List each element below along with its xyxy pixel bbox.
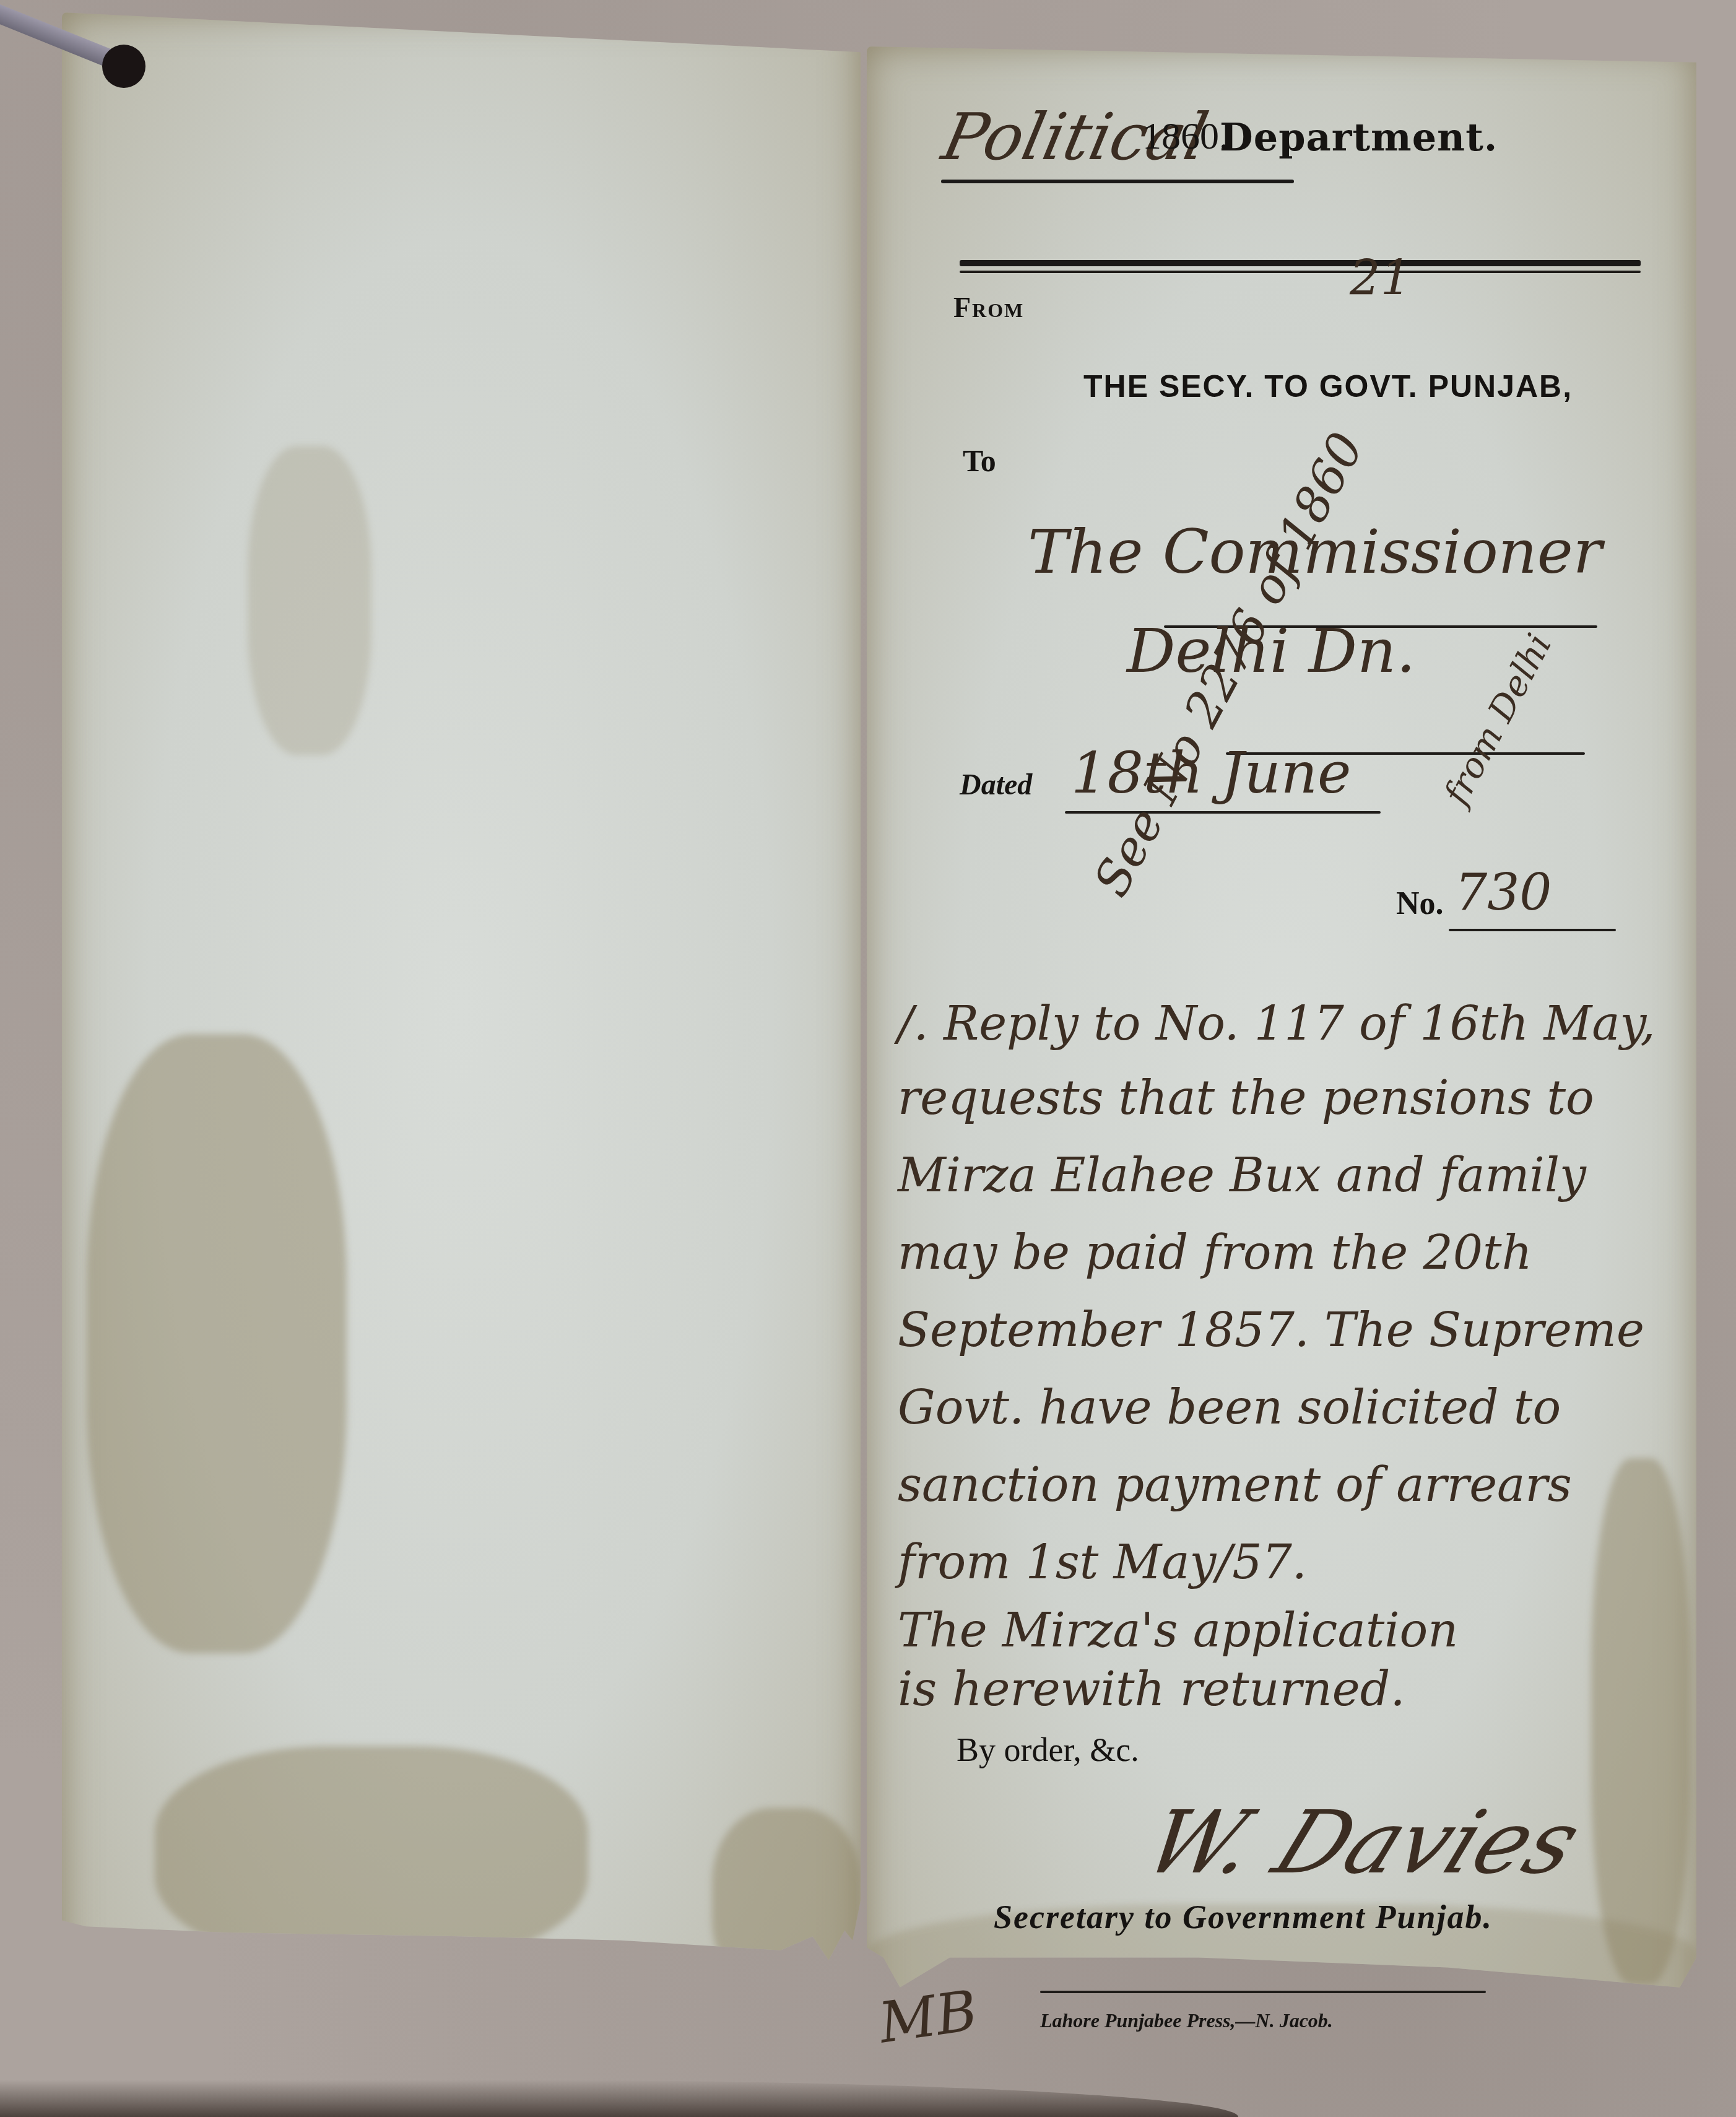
printer-imprint: Lahore Punjabee Press,—N. Jacob.	[1040, 2009, 1333, 2032]
handwritten-initials: MB	[875, 1978, 981, 2056]
water-stain	[87, 1034, 347, 1653]
water-stain	[155, 1746, 588, 1963]
punch-hole	[102, 45, 145, 88]
body-line: /. Reply to No. 117 of 16th May,	[898, 1000, 1656, 1047]
body-line: may be paid from the 20th	[898, 1229, 1532, 1276]
number-underline	[1449, 929, 1616, 931]
from-value: THE SECY. TO GOVT. PUNJAB,	[1083, 368, 1573, 404]
body-line: Mirza Elahee Bux and family	[898, 1152, 1586, 1199]
left-blank-page	[62, 12, 861, 2000]
signatory-title: Secretary to Government Punjab.	[994, 1898, 1493, 1936]
body-line: Govt. have been solicited to	[898, 1384, 1561, 1431]
header-double-rule-top	[960, 260, 1641, 266]
number-label: No.	[1396, 885, 1444, 922]
number-value: 730	[1455, 864, 1552, 923]
from-label: From	[953, 291, 1024, 324]
water-stain	[712, 1808, 861, 1994]
header-double-rule-bottom	[960, 271, 1641, 273]
to-label: To	[963, 443, 996, 479]
signature: W. Davies	[1131, 1793, 1595, 1893]
margin-note-from: from Delhi	[1436, 627, 1560, 811]
dated-underline	[1065, 811, 1381, 814]
water-stain	[248, 446, 371, 755]
body-line: sanction payment of arrears	[898, 1461, 1572, 1508]
header-department-label: Department.	[1220, 115, 1498, 160]
body-line: is herewith returned.	[898, 1666, 1405, 1713]
body-line: The Mirza's application	[898, 1607, 1458, 1654]
file-number: 21	[1350, 251, 1411, 306]
body-line: requests that the pensions to	[898, 1074, 1594, 1121]
department-underline	[941, 180, 1294, 183]
header-year: 1860.	[1142, 115, 1229, 159]
dated-label: Dated	[960, 768, 1032, 802]
body-line: September 1857. The Supreme	[898, 1306, 1644, 1354]
body-line: from 1st May/57.	[898, 1539, 1307, 1586]
closing-phrase: By order, &c.	[957, 1731, 1139, 1769]
letter-content: Political 1860. Department. 21 From THE …	[867, 46, 1696, 2037]
footer-rule	[1040, 1991, 1486, 1993]
mount-shadow	[0, 2080, 1238, 2117]
